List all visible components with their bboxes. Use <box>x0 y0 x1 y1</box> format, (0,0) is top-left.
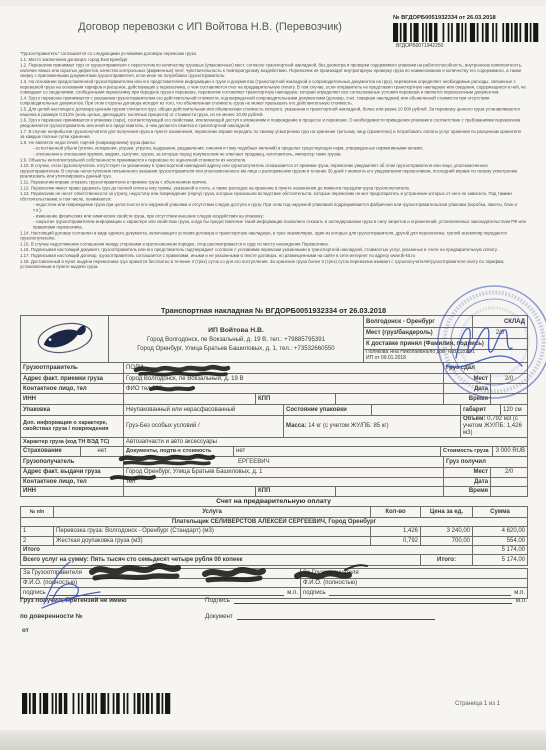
sender-time-label: Время <box>444 394 491 405</box>
invoice-total2-value: 5 174,00 <box>473 554 528 565</box>
row-num: 2 <box>21 536 54 545</box>
receiver-received-label: Груз получил <box>444 456 528 467</box>
scanned-contract-page: { "header": { "title": "Договор перевозк… <box>0 0 546 750</box>
clause-bullet: - отклонения в отношении хрупких, жидких… <box>20 151 526 156</box>
clause: 1.1. Место заключения договора: город Ек… <box>20 57 526 62</box>
sender-time-value <box>491 394 528 405</box>
barcode-bottom <box>22 693 172 714</box>
mass-value: 14 кг (с учетом ЖУ/ПБ: 85 кг) <box>307 423 389 429</box>
scan-edge-top <box>0 0 546 6</box>
carrier-info: ИП Войтова Н.В. Город Волгодонск, пе Вок… <box>109 316 364 363</box>
invoice-total-value: 5 174,00 <box>473 545 528 554</box>
row-price: 700,00 <box>421 536 473 545</box>
kit-logo-cell <box>21 316 109 363</box>
sender-address: Город Волгодонск, пе Вокзальный, д. 19 В <box>124 374 444 384</box>
clause: 1.13. Перевозчик не несет ответственност… <box>20 191 526 202</box>
scan-edge-right <box>535 0 546 750</box>
sender-inn-label: ИНН <box>21 394 124 405</box>
addinfo-value: Груз-Без особых условий / <box>124 416 284 438</box>
signature-line <box>329 589 512 596</box>
receiver-address-label: Адрес факт. выдачи груза <box>21 467 124 477</box>
page-title: Договор перевозки с ИП Войтова Н.В. (Пер… <box>55 21 365 33</box>
final-signature-line <box>234 597 512 604</box>
dimension-label: габарит <box>461 405 501 416</box>
receiver-contact: тел <box>124 477 444 486</box>
clause: 1.14. Настоящий договор составлен в виде… <box>20 230 526 241</box>
addinfo-label: Доп. информация о характере, свойствах г… <box>21 416 124 438</box>
places-value: 2/0 <box>473 328 528 339</box>
clause: 1.3. На основании предоставленной грузоо… <box>20 79 526 95</box>
row-sum: 4 620,00 <box>473 526 528 536</box>
receiver-label: Грузополучатель <box>21 456 124 467</box>
for-receiver-label: За Грузополучателя <box>301 568 528 578</box>
waybill-carrier-table: ИП Войтова Н.В. Город Волгодонск, пе Вок… <box>20 315 528 363</box>
row-qty: 1,426 <box>371 526 421 536</box>
invoice-col-service: Услуга <box>54 506 371 517</box>
clause: 1.12. Перевозчик имеет право удержать гр… <box>20 185 526 190</box>
receiver-fio-label: Ф.И.О. (полностью) <box>301 578 528 587</box>
carrier-address-2: Город Оренбург, Улица Братьев Башиловых,… <box>111 345 361 352</box>
proxy-from-label: от <box>22 627 29 634</box>
docs-label: Документы, подтв-е стоимость <box>124 446 234 456</box>
final-sign-line: Подпись м.п. <box>205 597 527 604</box>
places-label: Мест (груз/бандероль) <box>364 328 473 339</box>
mp-label: м.п. <box>287 590 298 596</box>
page-number: Страница 1 из 1 <box>455 701 500 707</box>
barcode-top-label: ВГДОРБ0071942250 <box>396 43 443 49</box>
invoice-payer-row: Плательщик СЕЛИВЕРСТОВ АЛЕКСЕЙ СЕРГЕЕВИЧ… <box>21 517 528 526</box>
clause-bullet: - недостача или повреждение груза при це… <box>20 202 526 213</box>
receiver-address: Город Оренбург, Улица Братьев Башиловых,… <box>124 467 444 477</box>
accepted-by-value: Полякова Яна Николаевна/по дов. №ВД1818/… <box>364 350 528 363</box>
receiver-inn-value <box>124 486 256 496</box>
clause-bullet: - изменение физических или химических св… <box>20 213 526 218</box>
invoice-table: № п/п Услуга Кол-во Цена за ед. Сумма Пл… <box>20 506 528 566</box>
document-fill-line <box>237 613 435 620</box>
receiver-name-redacted: ЕРГЕЕВИЧ <box>124 456 444 467</box>
contract-terms: "Грузоотправитель" соглашается со следую… <box>20 51 526 302</box>
packing-value: Неупакованный или нерасфасованный <box>124 405 284 416</box>
invoice-row: 2 Жесткая доупаковка груза (м3) 0,792 70… <box>21 536 528 545</box>
row-price: 3 240,00 <box>421 526 473 536</box>
sign-word: подпись <box>23 590 46 596</box>
sender-date-value <box>491 384 528 394</box>
row-qty: 0,792 <box>371 536 421 545</box>
dimension-value: 120 см <box>501 405 528 416</box>
sender-name-redacted: ПОЛИ <box>124 363 444 374</box>
receiver-time-label: Время <box>444 486 491 496</box>
receiver-places-label: Мест <box>444 467 491 477</box>
row-service: Перевозка груза: Волгодонск - Оренбург (… <box>54 526 371 536</box>
clause-bullet: - естественной убыли (утечки, испарения,… <box>20 146 526 151</box>
clause: 1.17. Подписывая настоящий договор, груз… <box>20 253 526 258</box>
scan-edge-bottom <box>0 730 546 750</box>
receiver-inn-label: ИНН <box>21 486 124 496</box>
insurance-label: Страхование <box>21 446 81 456</box>
receiver-date-value <box>491 477 528 486</box>
sender-places-value: 2/0 <box>491 374 528 384</box>
clause: 1.18. Доставленный в пункт выдачи перево… <box>20 259 526 270</box>
sender-fio-label: Ф.И.О. (полностью) <box>21 578 301 587</box>
cargo-value-label: Стоимость груза <box>441 446 493 456</box>
route: Волгодонск - Оренбург <box>364 316 473 328</box>
insurance-value: нет <box>81 446 124 456</box>
clause: 1.9. Объекты интеллектуальной собственно… <box>20 157 526 162</box>
clause: 1.16. Подписывая настоящий документ, гру… <box>20 247 526 252</box>
final-sign-label: Подпись <box>205 597 230 604</box>
waybill-receiver-table: Грузополучатель ЕРГЕЕВИЧ Груз получил Ад… <box>20 456 528 497</box>
invoice-amount-words: Всего услуг на сумму: Пять тысяч сто сем… <box>21 554 421 565</box>
sender-handed-label: Груз сдал <box>444 363 528 374</box>
row-num: 1 <box>21 526 54 536</box>
packing-label: Упаковка <box>21 405 124 416</box>
clause: 1.7. В случае неприбытия грузополучателя… <box>20 129 526 140</box>
cargo-value: 3 000 RUB <box>493 446 528 456</box>
waybill-section: Транспортная накладная № ВГДОРБ005193233… <box>20 306 527 599</box>
clause: 1.15. В случае недостижения соглашения м… <box>20 241 526 246</box>
volume-cell: Объём: 0,792 м3 (с учетом ЖУ/ПБ: 1,426 м… <box>461 416 528 438</box>
clause: 1.11. Перевозчик вправе отказать грузоот… <box>20 180 526 185</box>
document-label: Документ <box>205 613 233 620</box>
invoice-col-qty: Кол-во <box>371 506 421 517</box>
for-sender-label: За Грузоотправителя <box>21 568 301 578</box>
signature-line <box>49 589 285 596</box>
invoice-col-num: № п/п <box>21 506 54 517</box>
document-number: № ВГДОРБ0051932334 от 26.03.2018 <box>393 15 496 21</box>
receiver-kpp-label: КПП <box>256 486 336 496</box>
cargo-received-note: Груз получил, Претензий не имею <box>20 597 127 604</box>
sender-inn-value <box>124 394 256 405</box>
sender-places-label: Мест <box>444 374 491 384</box>
barcode-top <box>393 23 540 42</box>
receiver-contact-label: Контактное лицо, тел <box>21 477 124 486</box>
final-mp-label: м.п. <box>516 597 527 604</box>
document-line: Документ <box>205 613 435 620</box>
mp-label: м.п. <box>514 590 525 596</box>
clause: 1.6. Груз к перевозке принимается в упак… <box>20 118 526 129</box>
volume-label: Объём: <box>463 416 485 422</box>
warehouse-stamp: СКЛАД <box>473 316 528 328</box>
clause: 1.8. Не является недостачей, порчей (пов… <box>20 140 526 145</box>
contract-intro: "Грузоотправитель" соглашается со следую… <box>20 51 526 56</box>
clause-bullet: - сокрытие грузоотправителем информации … <box>20 219 526 230</box>
accepted-by-basis: ИП от 09.01.2018 <box>366 355 406 361</box>
kit-whale-logo-icon <box>33 321 97 355</box>
clause: 1.2. Перевозчик принимает груз от грузоо… <box>20 63 526 79</box>
packing-state-label: Состояние упаковки <box>284 405 372 416</box>
invoice-total-label: Итого <box>21 545 473 554</box>
mass-label: Масса: <box>286 423 307 429</box>
invoice-total2-label: Итого: <box>421 554 473 565</box>
row-service: Жесткая доупаковка груза (м3) <box>54 536 371 545</box>
proxy-number-label: по доверенности № <box>20 613 82 620</box>
invoice-row: 1 Перевозка груза: Волгодонск - Оренбург… <box>21 526 528 536</box>
clause: 1.4. Груз к перевозке принимается с указ… <box>20 95 526 106</box>
waybill-sender-table: Грузоотправитель ПОЛИ Груз сдал Адрес фа… <box>20 362 528 405</box>
row-sum: 554,00 <box>473 536 528 545</box>
sender-label: Грузоотправитель <box>21 363 124 374</box>
sender-kpp-value <box>336 394 444 405</box>
docs-value: нет <box>234 446 441 456</box>
receiver-time-value <box>491 486 528 496</box>
carrier-name: ИП Войтова Н.В. <box>111 327 361 334</box>
receiver-name-tail: ЕРГЕЕВИЧ <box>238 459 270 465</box>
packing-state-value <box>372 405 461 416</box>
carrier-address-1: Город Волгодонск, пе Вокзальный, д. 19 В… <box>111 336 361 343</box>
sender-contact: ФИО тел 938 <box>124 384 444 394</box>
clause: 1.5. Для целей настоящего договора ценны… <box>20 107 526 118</box>
receiver-kpp-value <box>336 486 444 496</box>
sender-contact-label: Контактное лицо, тел <box>21 384 124 394</box>
mass-cell: Масса: 14 кг (с учетом ЖУ/ПБ: 85 кг) <box>284 416 461 438</box>
sender-date-label: Дата <box>444 384 491 394</box>
clause: 1.10. В случае, если грузополучатель отс… <box>20 163 526 179</box>
sender-address-label: Адрес факт. приемки груза <box>21 374 124 384</box>
signatures-table: За Грузоотправителя За Грузополучателя Ф… <box>20 568 528 599</box>
receiver-date-label: Дата <box>444 477 491 486</box>
accepted-by-label: К доставке принял (Фамилия, подпись) <box>364 339 528 350</box>
sign-word: подпись <box>303 590 326 596</box>
invoice-col-sum: Сумма <box>473 506 528 517</box>
sender-kpp-label: КПП <box>256 394 336 405</box>
receiver-places-value: 2/0 <box>491 467 528 477</box>
invoice-col-price: Цена за ед. <box>421 506 473 517</box>
waybill-cargo-table: Упаковка Неупакованный или нерасфасованн… <box>20 404 528 447</box>
